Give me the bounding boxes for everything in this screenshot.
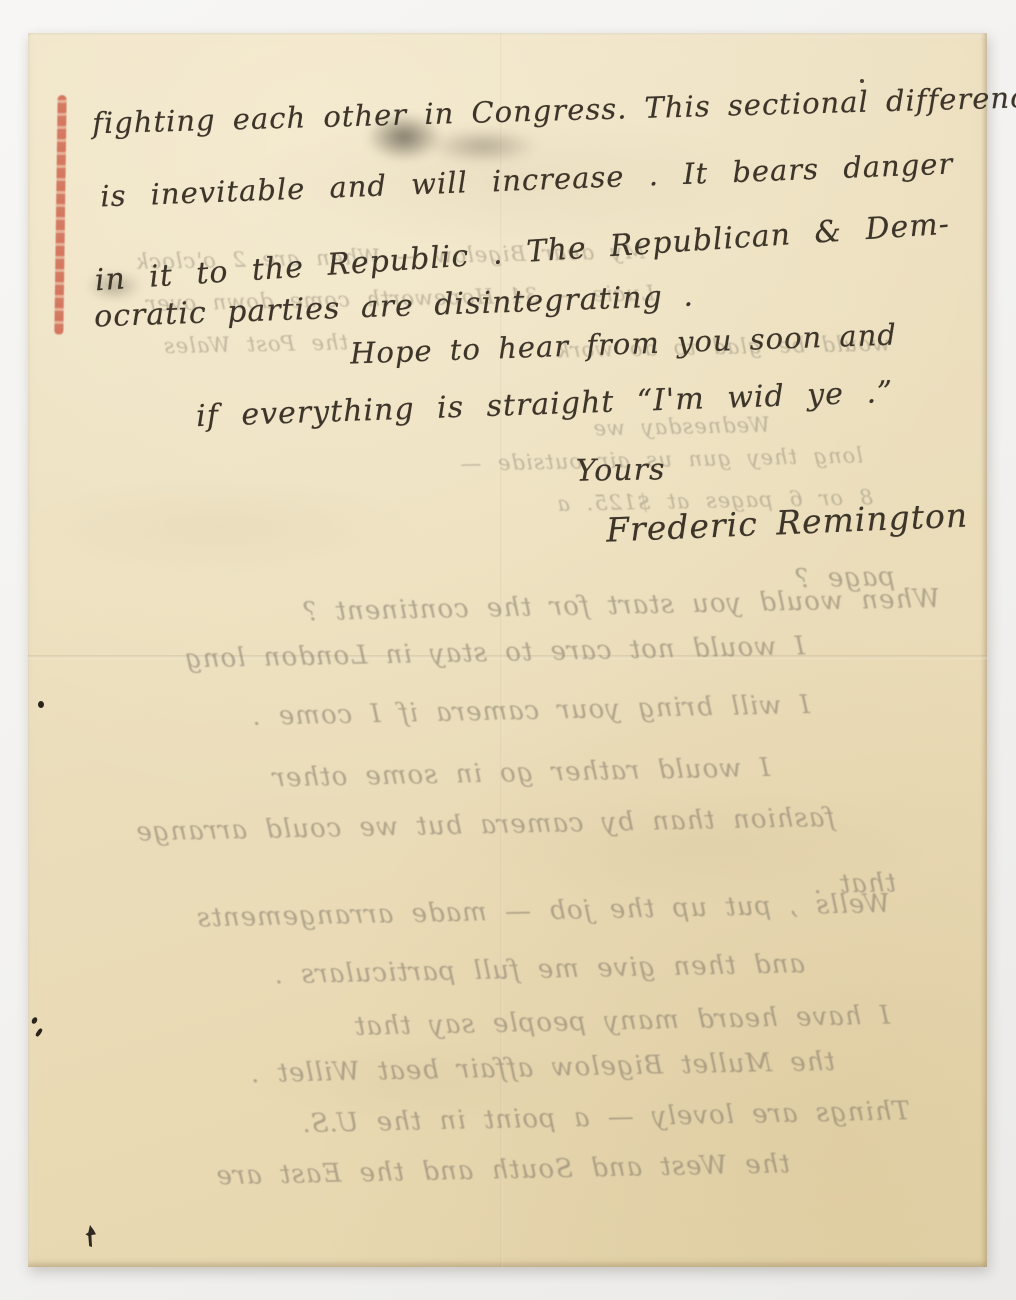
letter-scan: My dear Bigelow — When are 2 o'clock Luc…: [0, 0, 1016, 1300]
bleedthrough-line: I have heard many people say that: [90, 1001, 890, 1048]
ink-dot: [860, 79, 864, 83]
handwriting-line: if everything is straight “I'm wid ye .”: [196, 375, 894, 434]
ink-mark: [85, 1225, 96, 1247]
ink-dot: [35, 1028, 43, 1038]
bleedthrough-line: the Post Wales: [98, 330, 348, 359]
ink-dot: [31, 1016, 39, 1025]
bleedthrough-line: the West and South and the East are: [50, 1149, 790, 1194]
ink-smudge: [428, 129, 538, 163]
paper: My dear Bigelow — When are 2 o'clock Luc…: [28, 33, 987, 1267]
bleedthrough-line: When would you start for the continent ?: [75, 584, 940, 632]
bleedthrough-line: I would not care to stay in London long: [75, 631, 805, 676]
bleedthrough-line: Things are lovely — a point in the U.S.: [75, 1096, 910, 1143]
ink-dot: [38, 701, 44, 708]
bleedthrough-line: I will bring your camera if I come .: [150, 690, 810, 734]
bleedthrough-line: I would rather go in some other: [190, 753, 771, 795]
handwriting-line: fighting each other in Congress. This se…: [92, 80, 1016, 141]
bleedthrough-line: the Mullet Bigelow affair beat Willet .: [55, 1047, 835, 1093]
closing-line: Yours: [576, 452, 666, 489]
bleedthrough-line: and then give me full particulars .: [55, 949, 805, 995]
handwriting-line: Hope to hear from you soon and: [350, 317, 898, 370]
red-margin-stripe: [54, 95, 66, 335]
handwriting-line: is inevitable and will increase . It bea…: [100, 147, 954, 214]
bleedthrough-line: fashion than by camera but we could arra…: [55, 803, 835, 849]
